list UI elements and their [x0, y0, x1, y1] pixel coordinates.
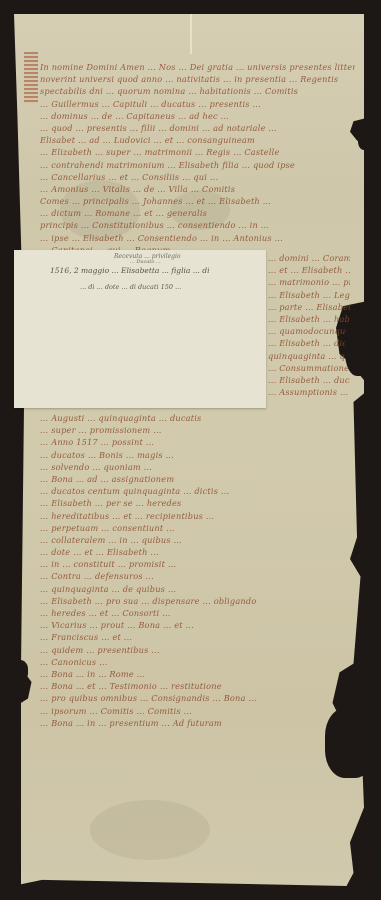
text-line: ... solvendo ... quoniam ... — [40, 461, 355, 473]
text-line: ... dote ... et ... Elisabeth ... — [40, 546, 355, 558]
text-line: ... Cancellarius ... et ... Consiliis ..… — [40, 171, 355, 183]
damage-hole — [325, 708, 375, 778]
text-line: ... ducatos centum quinquaginta ... dict… — [40, 485, 355, 497]
attached-paper-note: Recevuta ... privilegio ... Ducato ... 1… — [14, 250, 266, 408]
charter-text-beside-note: ... domini ... Coram ... in ... Ducatus … — [268, 252, 350, 398]
damage-hole — [358, 128, 372, 150]
text-line: ... parte ... Elisabeth ... et quicquid … — [268, 301, 350, 313]
text-line: quinquaginta ... quibus ... centum quinq… — [268, 350, 350, 362]
text-line: spectabilis dni ... quorum nomina ... ha… — [40, 85, 355, 97]
text-line: ... ducatos ... Bonis ... magis ... — [40, 449, 355, 461]
decorated-initial — [24, 52, 38, 104]
text-line: ... domini ... Coram ... in ... Ducatus … — [268, 252, 350, 264]
text-line: ... ipsorum ... Comitis ... Comitis ... — [40, 705, 355, 717]
text-line: ... dictum ... Romane ... et ... general… — [40, 207, 355, 219]
text-line: ... ipse ... Elisabeth ... Consentiendo … — [40, 232, 355, 244]
parchment-fold — [190, 14, 192, 54]
text-line: principis ... Constitutionibus ... conse… — [40, 219, 355, 231]
text-line: ... Elisabeth ... dictorum ducatorum — [268, 337, 350, 349]
text-line: ... Consummationem ... matrimonii ... — [268, 362, 350, 374]
text-line: ... Bona ... et ... Testimonio ... resti… — [40, 680, 355, 692]
text-line: ... dominus ... de ... Capitaneus ... ad… — [40, 110, 355, 122]
text-line: ... et ... Elisabeth ... dominum — [268, 264, 350, 276]
stain — [90, 800, 210, 860]
text-line: ... in ... constituit ... promisit ... — [40, 558, 355, 570]
text-line: ... Augusti ... quinquaginta ... ducatis — [40, 412, 355, 424]
text-line: ... Elisabeth ... ducatos ... — [268, 374, 350, 386]
text-line: ... quamodocunque ... habeat ... et ... — [268, 325, 350, 337]
note-line: ... di ... dote ... di ducati 150 ... — [80, 283, 181, 291]
text-line: ... Bona ... ad ... assignationem — [40, 473, 355, 485]
text-line: ... matrimonio ... promisit ... super ..… — [268, 276, 350, 288]
text-line: ... collateralem ... in ... quibus ... — [40, 534, 355, 546]
text-line: ... Elisabeth ... Legitime ... et natura… — [268, 289, 350, 301]
text-line: ... Guillermus ... Capituli ... ducatus … — [40, 98, 355, 110]
damage-hole — [8, 660, 28, 682]
text-line: ... quod ... presentis ... filii ... dom… — [40, 122, 355, 134]
damage-hole — [365, 848, 381, 886]
text-line: ... Elizabeth ... super ... matrimonii .… — [40, 146, 355, 158]
text-line: ... Elisabeth ... habere ... de ... et .… — [268, 313, 350, 325]
text-line: ... super ... promissionem ... — [40, 424, 355, 436]
text-line: ... quinquaginta ... de quibus ... — [40, 583, 355, 595]
text-line: ... Anno 1517 ... possint ... — [40, 436, 355, 448]
text-line: ... Elisabeth ... pro sua ... dispensare… — [40, 595, 355, 607]
text-line: ... pro quibus omnibus ... Consignandis … — [40, 692, 355, 704]
note-line: 1516, 2 maggio ... Elisabetta ... figlia… — [50, 266, 209, 275]
text-line: ... Franciscus ... et ... — [40, 631, 355, 643]
text-line: ... Canonicus ... — [40, 656, 355, 668]
text-line: ... hereditatibus ... et ... recipientib… — [40, 510, 355, 522]
text-line: In nomine Domini Amen ... Nos ... Dei gr… — [40, 61, 355, 73]
text-line: noverint universi quod anno ... nativita… — [40, 73, 355, 85]
text-line: ... Contra ... defensuros ... — [40, 570, 355, 582]
text-line: ... Amonius ... Vitalis ... de ... Villa… — [40, 183, 355, 195]
text-line: Elisabet ... ad ... Ludovici ... et ... … — [40, 134, 355, 146]
charter-text-lower: ... Augusti ... quinquaginta ... ducatis… — [40, 412, 355, 729]
note-line: ... Ducato ... — [130, 259, 161, 265]
text-line: ... Assumptionis ... Marie Virginis ... — [268, 386, 350, 398]
text-line: ... quidem ... presentibus ... — [40, 644, 355, 656]
text-line: ... Elisabeth ... per se ... heredes — [40, 497, 355, 509]
text-line: ... Bona ... in ... presentium ... Ad fu… — [40, 717, 355, 729]
text-line: ... Vicarius ... prout ... Bona ... et .… — [40, 619, 355, 631]
text-line: ... heredes ... et ... Consorti ... — [40, 607, 355, 619]
damage-hole — [345, 318, 375, 376]
text-line: ... Bona ... in ... Rome ... — [40, 668, 355, 680]
text-line: ... perpetuam ... consentiunt ... — [40, 522, 355, 534]
text-line: Comes ... principalis ... Johannes ... e… — [40, 195, 355, 207]
text-line: ... contrahendi matrimonium ... Elisabet… — [40, 159, 355, 171]
